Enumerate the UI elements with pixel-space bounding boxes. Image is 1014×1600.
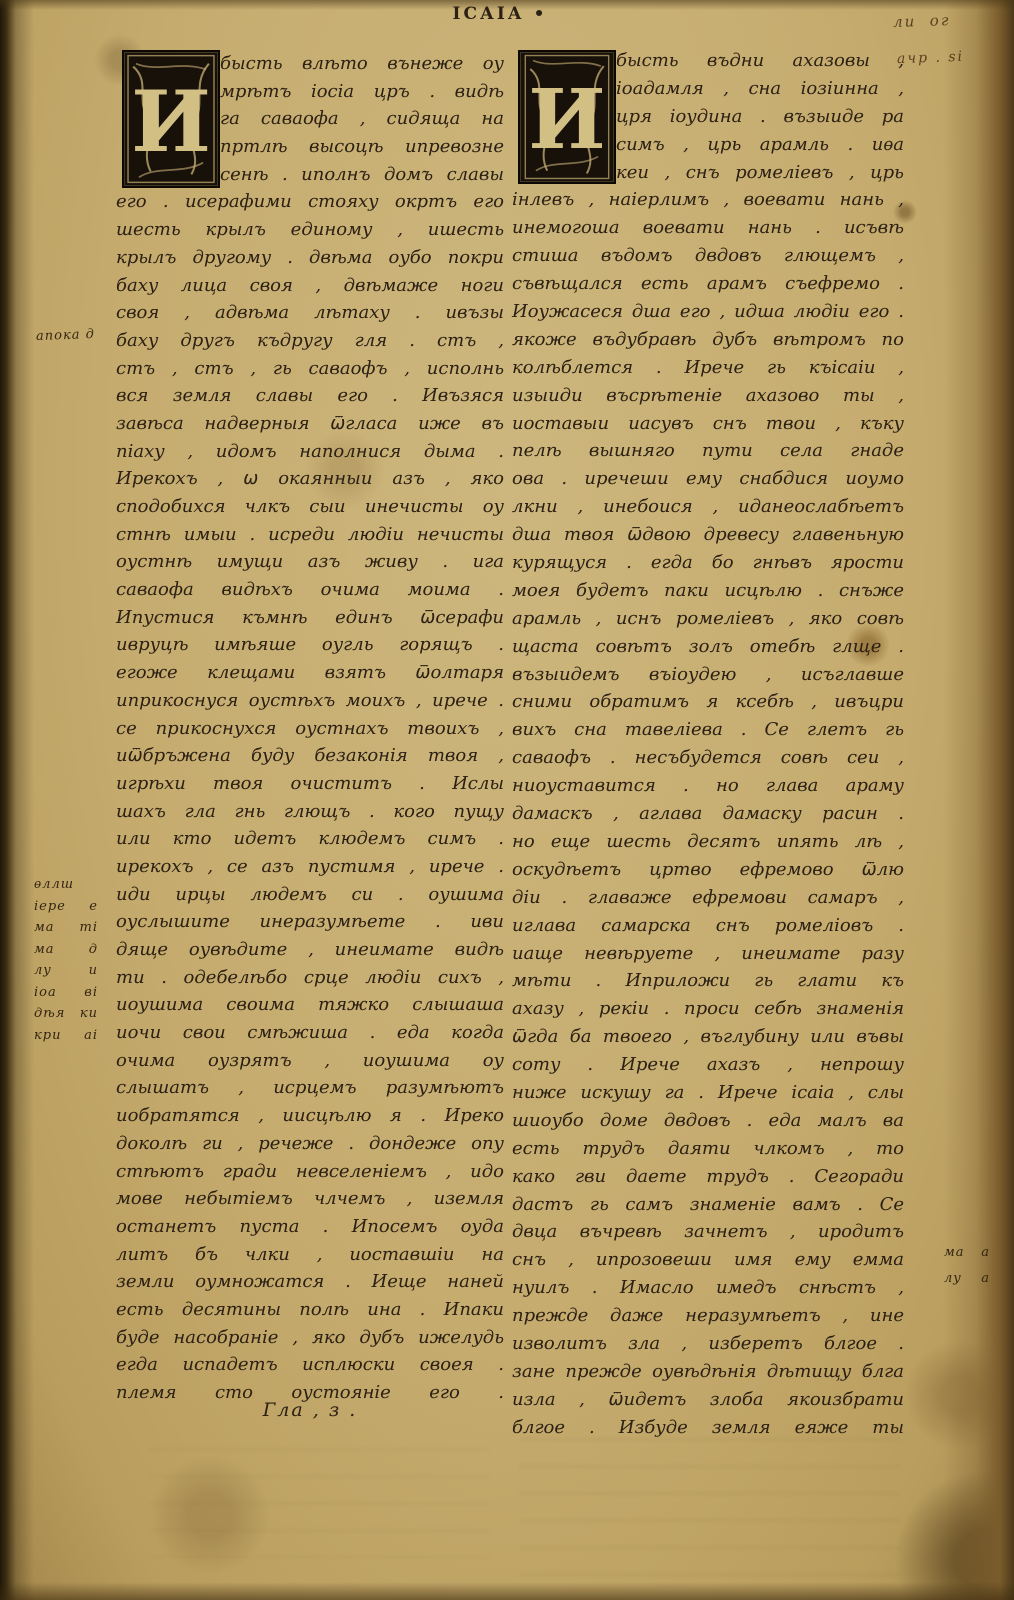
- text-line: игрѣхи твоя очиститъ . Ислы: [116, 770, 504, 798]
- text-line: изволитъ зла , изберетъ блгое .: [512, 1330, 904, 1358]
- margin-ref-row: дѣяки: [34, 1003, 98, 1025]
- text-line: стнѣ имыи . исреди людіи нечисты: [116, 521, 504, 549]
- text-line: буде насобраніе , яко дубъ ижелудь: [116, 1324, 504, 1352]
- text-line: сними обратимъ я ксебѣ , ивъцри: [512, 688, 904, 716]
- margin-ref-number: [76, 874, 98, 896]
- margin-ref-book: іере: [34, 896, 76, 918]
- text-line: саваофа видѣхъ очима моима .: [116, 576, 504, 604]
- margin-ref-book: іоа: [34, 982, 76, 1004]
- text-line: ти . одебелѣбо срце людіи сихъ ,: [116, 964, 504, 992]
- margin-ref-number: и: [76, 960, 98, 982]
- text-line: Ирекохъ , ѡ окаянныи азъ , яко: [116, 465, 504, 493]
- text-line: Ипустися къмнѣ единъ ѿсерафи: [116, 604, 504, 632]
- text-line: но еще шесть десятъ ипять лѣ ,: [512, 828, 904, 856]
- text-line: дамаскъ , аглава дамаску расин .: [512, 800, 904, 828]
- text-line: доколѣ ги , речеже . дондеже опу: [116, 1130, 504, 1158]
- margin-ref-book: ѳллш: [34, 874, 76, 896]
- chapter-heading: Гла , з .: [116, 1395, 504, 1425]
- text-line: іоадамля , сна іозіинна ,: [616, 75, 904, 103]
- text-line: земли оумножатся . Иеще наней: [116, 1268, 504, 1296]
- text-line: снъ , ипрозовеши имя ему емма: [512, 1246, 904, 1274]
- text-line: или кто идетъ клюдемъ симъ .: [116, 825, 504, 853]
- ink-bleed-through: [520, 1438, 900, 1578]
- running-head-title: ІСАІА •: [0, 4, 1000, 24]
- text-line: иприкоснуся оустѣхъ моихъ , ирече .: [116, 687, 504, 715]
- text-line: изыиди въсрѣтеніе ахазово ты ,: [512, 382, 904, 410]
- text-line: ниже искушу га . Ирече ісаіа , слы: [512, 1079, 904, 1107]
- margin-ref-book: кри: [34, 1025, 76, 1047]
- margin-ref-number: е: [76, 896, 98, 918]
- text-line: ивруцѣ имѣяше оугль горящъ .: [116, 631, 504, 659]
- text-line: стъ , стъ , гь саваофъ , исполнь: [116, 355, 504, 383]
- text-line: діи . главаже ефремови самаръ ,: [512, 884, 904, 912]
- text-line: кеи , снъ ромеліевъ , црь: [616, 159, 904, 187]
- text-line: га саваофа , сидяща на: [220, 105, 504, 133]
- margin-ref-row: луа: [944, 1266, 990, 1292]
- text-line: есть трудъ даяти члкомъ , то: [512, 1135, 904, 1163]
- text-line: слышатъ , исрцемъ разумѣютъ: [116, 1074, 504, 1102]
- margin-cross-references-left: ѳллшіереематімадлуиіоавідѣякикриаі: [34, 874, 98, 1046]
- text-line: како гви даете трудъ . Сегоради: [512, 1163, 904, 1191]
- margin-ref-number: ки: [76, 1003, 98, 1025]
- text-line: шесть крылъ единому , ишесть: [116, 216, 504, 244]
- text-line: інлевъ , наіерлимъ , воевати нань ,: [512, 186, 904, 214]
- handwritten-folio-note: ли ог: [893, 11, 951, 31]
- text-line: своя , адвѣма лѣтаху . ивъзы: [116, 299, 504, 327]
- text-line: стѣютъ гради невселеніемъ , идо: [116, 1158, 504, 1186]
- text-line: двца въчревѣ зачнетъ , иродитъ: [512, 1218, 904, 1246]
- text-line: литъ бъ члки , иоставшіи на: [116, 1241, 504, 1269]
- text-line: ѿгда ба твоего , въглубину или въвы: [512, 1023, 904, 1051]
- text-line: дша твоя ѿдвою древесу главеньную: [512, 521, 904, 549]
- text-line: вся земля славы его . Ивъзяся: [116, 382, 504, 410]
- chapter-heading-container: Гла , з .: [116, 1395, 504, 1425]
- margin-ref-number: ті: [76, 917, 98, 939]
- text-line: възыидемъ въіоудею , исъглавше: [512, 661, 904, 689]
- text-line: піаху , идомъ наполнися дыма .: [116, 438, 504, 466]
- margin-ref-book: ма: [34, 917, 76, 939]
- margin-ref-row: іоаві: [34, 982, 98, 1004]
- text-line: стиша въдомъ двдовъ глющемъ ,: [512, 242, 904, 270]
- text-line: шахъ гла гнь глющъ . кого пущу: [116, 798, 504, 826]
- text-line: лкни , инебоися , иданеослабѣетъ: [512, 493, 904, 521]
- text-line: мове небытіемъ члчемъ , иземля: [116, 1185, 504, 1213]
- text-line: останетъ пуста . Ипосемъ оуда: [116, 1213, 504, 1241]
- margin-ref-row: ѳллш: [34, 874, 98, 896]
- text-line: пртлѣ высоцѣ ипревозне: [220, 133, 504, 161]
- text-line: бысть влѣто вънеже оу: [220, 50, 504, 78]
- text-line: соту . Ирече ахазъ , непрошу: [512, 1051, 904, 1079]
- text-line: баху лица своя , двѣмаже ноги: [116, 272, 504, 300]
- text-line: оскудѣетъ цртво ефремово ѿлю: [512, 856, 904, 884]
- text-line: иочи свои смѣжиша . еда когда: [116, 1019, 504, 1047]
- text-line: дастъ гь самъ знаменіе вамъ . Се: [512, 1191, 904, 1219]
- text-line: иоставыи иасувъ снъ твои , къку: [512, 410, 904, 438]
- text-line: баху другъ къдругу гля . стъ ,: [116, 327, 504, 355]
- text-line: курящуся . егда бо гнѣвъ ярости: [512, 549, 904, 577]
- margin-ref-number: ві: [76, 982, 98, 1004]
- text-line: иди ирцы людемъ си . оушима: [116, 881, 504, 909]
- margin-ref-number: д: [76, 939, 98, 961]
- margin-ref-number: а: [972, 1266, 990, 1292]
- ink-bleed-through: [150, 1448, 490, 1558]
- text-line: крылъ другому . двѣма оубо покри: [116, 244, 504, 272]
- margin-cross-references-right: маалуа: [944, 1240, 990, 1292]
- handwritten-numeral-note: ачр . si: [897, 49, 965, 67]
- margin-ref-row: іерее: [34, 896, 98, 918]
- text-line: оуслышите инеразумѣете . иви: [116, 908, 504, 936]
- text-line: мрѣтъ іосіа цръ . видѣ: [220, 78, 504, 106]
- margin-ref-row: мад: [34, 939, 98, 961]
- text-line: саваофъ . несъбудется совѣ сеи ,: [512, 744, 904, 772]
- text-line: зане прежде оувѣдѣнія дѣтищу блга: [512, 1358, 904, 1386]
- margin-ref-book: ма: [944, 1240, 972, 1266]
- text-line: се прикоснухся оустнахъ твоихъ ,: [116, 715, 504, 743]
- text-line: иобратятся , иисцѣлю я . Иреко: [116, 1102, 504, 1130]
- text-line: егоже клещами взятъ ѿолтаря: [116, 659, 504, 687]
- text-line: дяще оувѣдите , инеимате видѣ: [116, 936, 504, 964]
- margin-note-apocalypse: апока д: [36, 327, 95, 344]
- text-column-left: бысть влѣто вънеже оумрѣтъ іосіа цръ . в…: [116, 50, 504, 1407]
- margin-ref-row: луи: [34, 960, 98, 982]
- text-line: инемогоша воевати нань . исъвѣ: [512, 214, 904, 242]
- margin-ref-book: лу: [34, 960, 76, 982]
- text-line: очима оузрятъ , иоушима оу: [116, 1047, 504, 1075]
- margin-ref-number: а: [972, 1240, 990, 1266]
- text-line: арамль , иснъ ромеліевъ , яко совѣ: [512, 605, 904, 633]
- margin-ref-book: дѣя: [34, 1003, 76, 1025]
- book-left-edge: [0, 0, 34, 1600]
- text-line: Иоужасеся дша его , идша людіи его .: [512, 298, 904, 326]
- text-line: егда испадетъ исплюски своея .: [116, 1351, 504, 1379]
- text-line: иѿбръжена буду безаконія твоя ,: [116, 742, 504, 770]
- text-line: ирекохъ , се азъ пустимя , ирече .: [116, 853, 504, 881]
- text-line: иглава самарска снъ ромеліовъ .: [512, 912, 904, 940]
- text-line: иаще невѣруете , инеимате разу: [512, 940, 904, 968]
- text-line: щаста совѣтъ золъ отебѣ глще .: [512, 633, 904, 661]
- margin-ref-book: ма: [34, 939, 76, 961]
- manuscript-page: ІСАІА • ли ог ачр . si И И бысть влѣто в…: [0, 0, 1014, 1600]
- text-line: нуилъ . Имасло имедъ снѣстъ ,: [512, 1274, 904, 1302]
- text-line: завѣса надверныя ѿгласа иже въ: [116, 410, 504, 438]
- book-right-edge: [944, 0, 1014, 1600]
- book-bottom-edge: [0, 1582, 1014, 1600]
- text-line: пелѣ вышняго пути села гнаде: [512, 437, 904, 465]
- text-line: прежде даже неразумѣетъ , ине: [512, 1302, 904, 1330]
- text-line: моея будетъ паки исцѣлю . снъже: [512, 577, 904, 605]
- margin-ref-row: маті: [34, 917, 98, 939]
- text-line: съвѣщался есть арамъ съефремо .: [512, 270, 904, 298]
- text-line: якоже въдубравѣ дубъ вѣтромъ по: [512, 326, 904, 354]
- text-line: шиоубо доме двдовъ . еда малъ ва: [512, 1107, 904, 1135]
- text-line: вихъ сна тавеліева . Се глетъ гь: [512, 716, 904, 744]
- text-line: есть десятины полѣ ина . Ипаки: [116, 1296, 504, 1324]
- margin-ref-number: аі: [76, 1025, 98, 1047]
- text-line: симъ , црь арамль . иѳа: [616, 131, 904, 159]
- text-line: ова . иречеши ему снабдися иоумо: [512, 465, 904, 493]
- text-line: колѣблется . Ирече гь къісаіи ,: [512, 354, 904, 382]
- text-line: его . исерафими стояху окртъ его: [116, 188, 504, 216]
- text-line: сподобихся члкъ сыи инечисты оу: [116, 493, 504, 521]
- text-line: ниоуставится . но глава араму: [512, 772, 904, 800]
- text-line: бысть въдни ахазовы ,: [616, 47, 904, 75]
- margin-ref-book: лу: [944, 1266, 972, 1292]
- text-line: изла , ѿидетъ злоба якоизбрати: [512, 1386, 904, 1414]
- text-line: ахазу , рекіи . проси себѣ знаменія: [512, 995, 904, 1023]
- text-line: мѣти . Иприложи гь глати къ: [512, 967, 904, 995]
- text-column-right: бысть въдни ахазовы ,іоадамля , сна іозі…: [512, 47, 904, 1442]
- text-line: иоушима своима тяжко слышаша: [116, 991, 504, 1019]
- text-line: сенѣ . иполнъ домъ славы: [220, 161, 504, 189]
- text-line: оустнѣ имущи азъ живу . ига: [116, 548, 504, 576]
- margin-ref-row: маа: [944, 1240, 990, 1266]
- text-line: цря іоудина . възыиде ра: [616, 103, 904, 131]
- margin-ref-row: криаі: [34, 1025, 98, 1047]
